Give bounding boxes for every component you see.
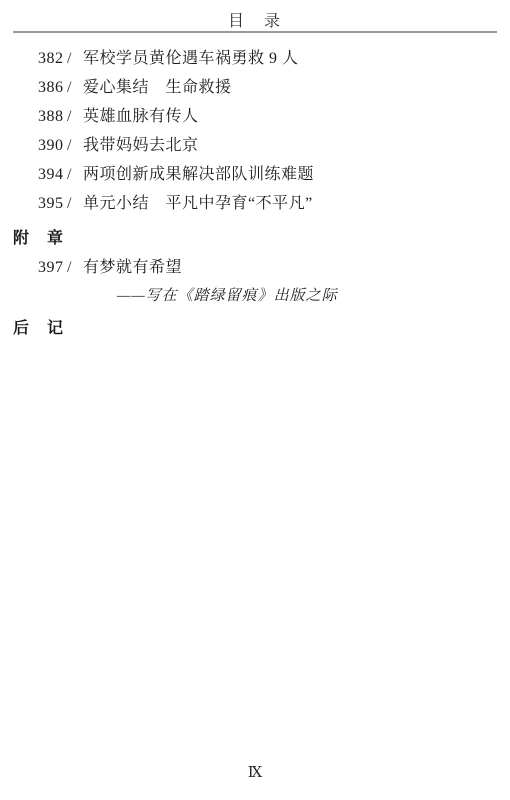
entry-page-number: 397 <box>38 253 67 282</box>
entry-separator: / <box>67 73 83 102</box>
entry-separator: / <box>67 189 83 218</box>
entry-separator: / <box>67 253 83 282</box>
folio-page-number: Ⅸ <box>0 763 510 782</box>
entry-subtitle: ——写在《踏绿留痕》出版之际 <box>0 282 510 311</box>
header-rule <box>13 31 497 33</box>
toc-list: 382 / 军校学员黄伦遇车祸勇救 9 人 386 / 爱心集结 生命救援 38… <box>0 44 510 343</box>
page-title: 目 录 <box>0 8 510 31</box>
entry-separator: / <box>67 131 83 160</box>
toc-entry-appendix: 397 / 有梦就有希望 <box>0 253 510 282</box>
entry-page-number: 386 <box>38 73 67 102</box>
entry-page-number: 388 <box>38 102 67 131</box>
entry-separator: / <box>67 102 83 131</box>
entry-title: 两项创新成果解决部队训练难题 <box>83 160 314 189</box>
entry-page-number: 382 <box>38 44 67 73</box>
entry-title: 英雄血脉有传人 <box>83 102 199 131</box>
entry-page-number: 390 <box>38 131 67 160</box>
toc-entry: 382 / 军校学员黄伦遇车祸勇救 9 人 <box>0 44 510 73</box>
section-heading-appendix: 附 章 <box>0 224 510 253</box>
entry-title: 我带妈妈去北京 <box>83 131 199 160</box>
entry-title: 军校学员黄伦遇车祸勇救 9 人 <box>83 44 299 73</box>
toc-entry: 386 / 爱心集结 生命救援 <box>0 73 510 102</box>
entry-separator: / <box>67 160 83 189</box>
toc-entry: 394 / 两项创新成果解决部队训练难题 <box>0 160 510 189</box>
toc-entry: 395 / 单元小结 平凡中孕育“不平凡” <box>0 189 510 218</box>
section-heading-afterword: 后 记 <box>0 314 510 343</box>
entry-page-number: 394 <box>38 160 67 189</box>
entry-title: 单元小结 平凡中孕育“不平凡” <box>83 189 313 218</box>
toc-entry: 390 / 我带妈妈去北京 <box>0 131 510 160</box>
entry-title: 有梦就有希望 <box>83 253 182 282</box>
entry-page-number: 395 <box>38 189 67 218</box>
toc-entry: 388 / 英雄血脉有传人 <box>0 102 510 131</box>
entry-separator: / <box>67 44 83 73</box>
entry-title: 爱心集结 生命救援 <box>83 73 232 102</box>
book-toc-page: 目 录 382 / 军校学员黄伦遇车祸勇救 9 人 386 / 爱心集结 生命救… <box>0 0 510 800</box>
